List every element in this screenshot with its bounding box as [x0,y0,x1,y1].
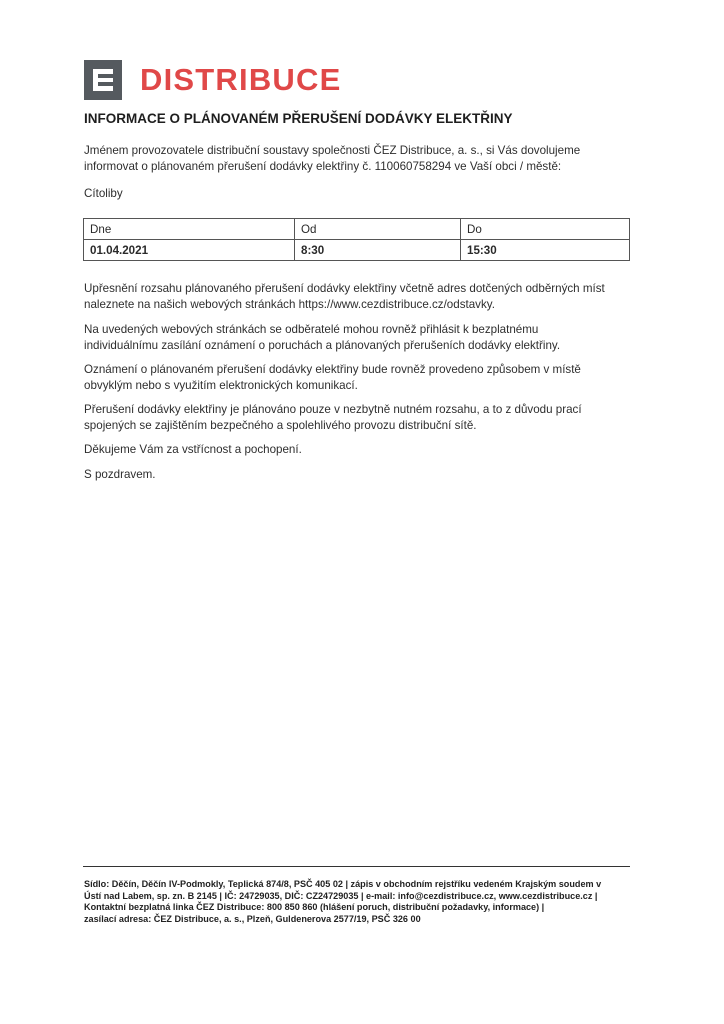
paragraph-line: Upřesnění rozsahu plánovaného přerušení … [84,281,644,297]
paragraph-line: obvyklým nebo s využitím elektronických … [84,378,644,394]
paragraph-line: Na uvedených webových stránkách se odběr… [84,322,644,338]
value-to: 15:30 [461,240,630,261]
header-date: Dne [84,219,295,240]
value-date: 01.04.2021 [84,240,295,261]
cez-e-logo-icon [84,60,122,100]
paragraph-reason: Přerušení dodávky elektřiny je plánováno… [84,402,644,434]
footer-line: zasílací adresa: ČEZ Distribuce, a. s., … [84,914,629,926]
footer-line: Ústí nad Labem, sp. zn. B 2145 | IČ: 247… [84,891,629,903]
intro-line: informovat o plánovaném přerušení dodávk… [84,159,644,175]
footer-divider [83,866,630,867]
paragraph-notification: Oznámení o plánovaném přerušení dodávky … [84,362,644,394]
document-title: INFORMACE O PLÁNOVANÉM PŘERUŠENÍ DODÁVKY… [84,111,513,126]
footer: Sídlo: Děčín, Děčín IV-Podmokly, Teplick… [84,879,629,925]
intro-paragraph: Jménem provozovatele distribuční soustav… [84,143,644,175]
footer-line: Kontaktní bezplatná linka ČEZ Distribuce… [84,902,629,914]
paragraph-line: naleznete na našich webových stránkách h… [84,297,644,313]
header-to: Do [461,219,630,240]
company-logo: DISTRIBUCE [84,60,341,100]
paragraph-subscription: Na uvedených webových stránkách se odběr… [84,322,644,354]
value-from: 8:30 [295,240,461,261]
paragraph-line: Oznámení o plánovaném přerušení dodávky … [84,362,644,378]
schedule-table: Dne Od Do 01.04.2021 8:30 15:30 [83,218,630,261]
schedule-value-row: 01.04.2021 8:30 15:30 [84,240,630,261]
intro-line: Jménem provozovatele distribuční soustav… [84,143,644,159]
header-from: Od [295,219,461,240]
paragraph-line: Přerušení dodávky elektřiny je plánováno… [84,402,644,418]
logo-text: DISTRIBUCE [140,60,341,100]
schedule-header-row: Dne Od Do [84,219,630,240]
thanks-line: Děkujeme Vám za vstřícnost a pochopení. [84,442,644,458]
closing-line: S pozdravem. [84,467,644,483]
paragraph-line: individuálnímu zasílání oznámení o poruc… [84,338,644,354]
footer-line: Sídlo: Děčín, Děčín IV-Podmokly, Teplick… [84,879,629,891]
paragraph-line: spojených se zajištěním bezpečného a spo… [84,418,644,434]
paragraph-details: Upřesnění rozsahu plánovaného přerušení … [84,281,644,313]
municipality: Cítoliby [84,186,644,202]
